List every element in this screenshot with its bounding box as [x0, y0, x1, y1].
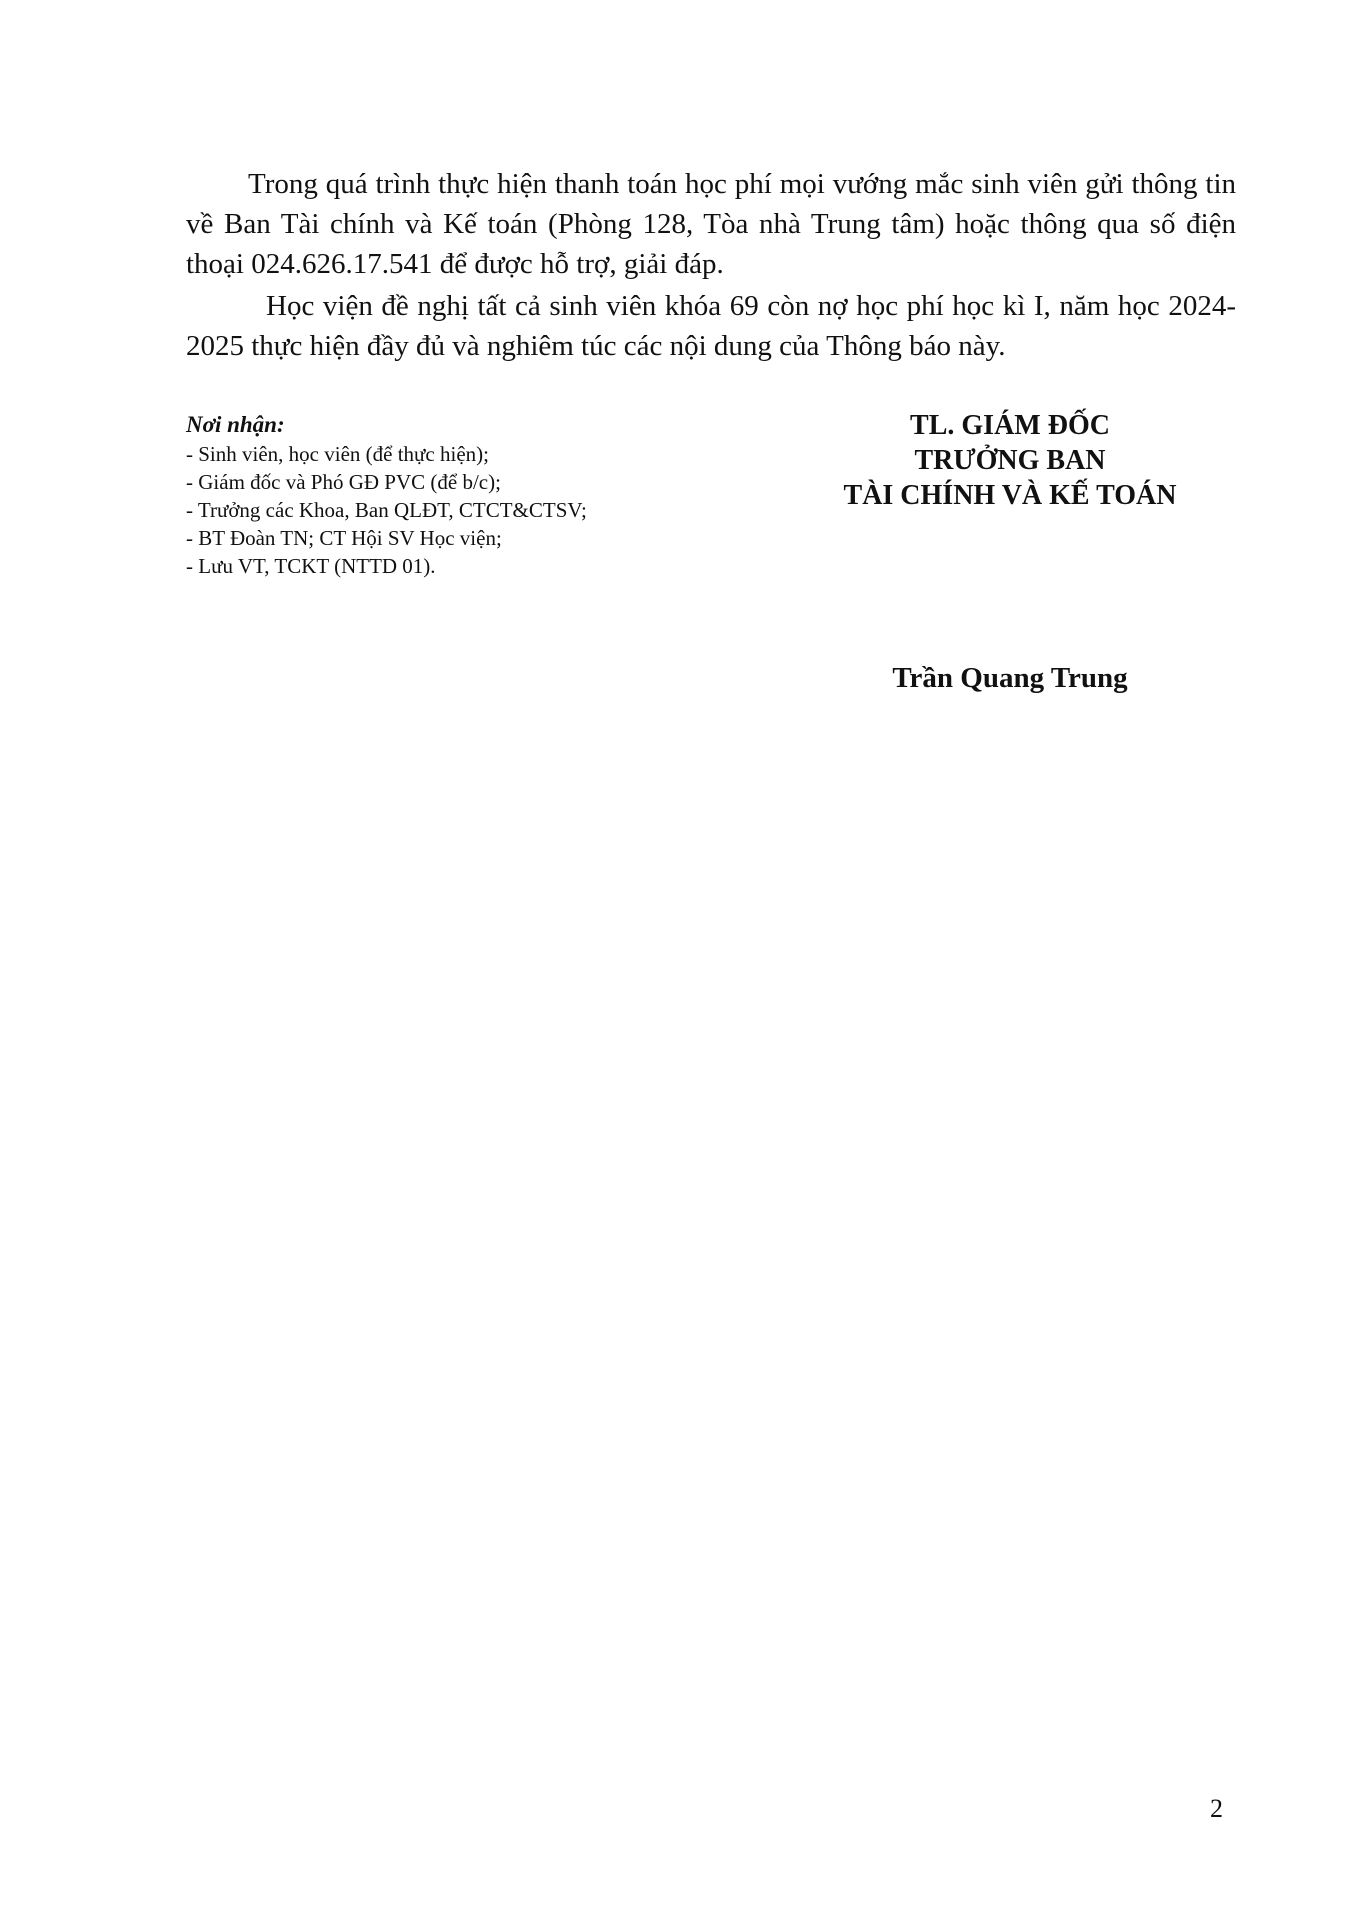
paragraph-text: Học viện đề nghị tất cả sinh viên khóa 6… — [186, 290, 1236, 362]
recipient-item: - Sinh viên, học viên (để thực hiện); — [186, 440, 587, 468]
paragraph-text: Trong quá trình thực hiện thanh toán học… — [186, 168, 1236, 280]
signature-title-line: TRƯỞNG BAN — [780, 443, 1240, 478]
body-paragraph-request: Học viện đề nghị tất cả sinh viên khóa 6… — [186, 286, 1236, 366]
recipient-item: - Trưởng các Khoa, Ban QLĐT, CTCT&CTSV; — [186, 496, 587, 524]
recipient-item: - Lưu VT, TCKT (NTTD 01). — [186, 552, 587, 580]
signer-name: Trần Quang Trung — [780, 660, 1240, 696]
signature-title-line: TL. GIÁM ĐỐC — [780, 408, 1240, 443]
recipients-heading: Nơi nhận: — [186, 410, 587, 440]
signature-title-line: TÀI CHÍNH VÀ KẾ TOÁN — [780, 478, 1240, 513]
body-paragraph-support-contact: Trong quá trình thực hiện thanh toán học… — [186, 164, 1236, 284]
recipient-item: - BT Đoàn TN; CT Hội SV Học viện; — [186, 524, 587, 552]
recipient-item: - Giám đốc và Phó GĐ PVC (để b/c); — [186, 468, 587, 496]
page-number: 2 — [1210, 1794, 1223, 1824]
signature-title-block: TL. GIÁM ĐỐC TRƯỞNG BAN TÀI CHÍNH VÀ KẾ … — [780, 408, 1240, 513]
recipients-block: Nơi nhận: - Sinh viên, học viên (để thực… — [186, 410, 587, 580]
